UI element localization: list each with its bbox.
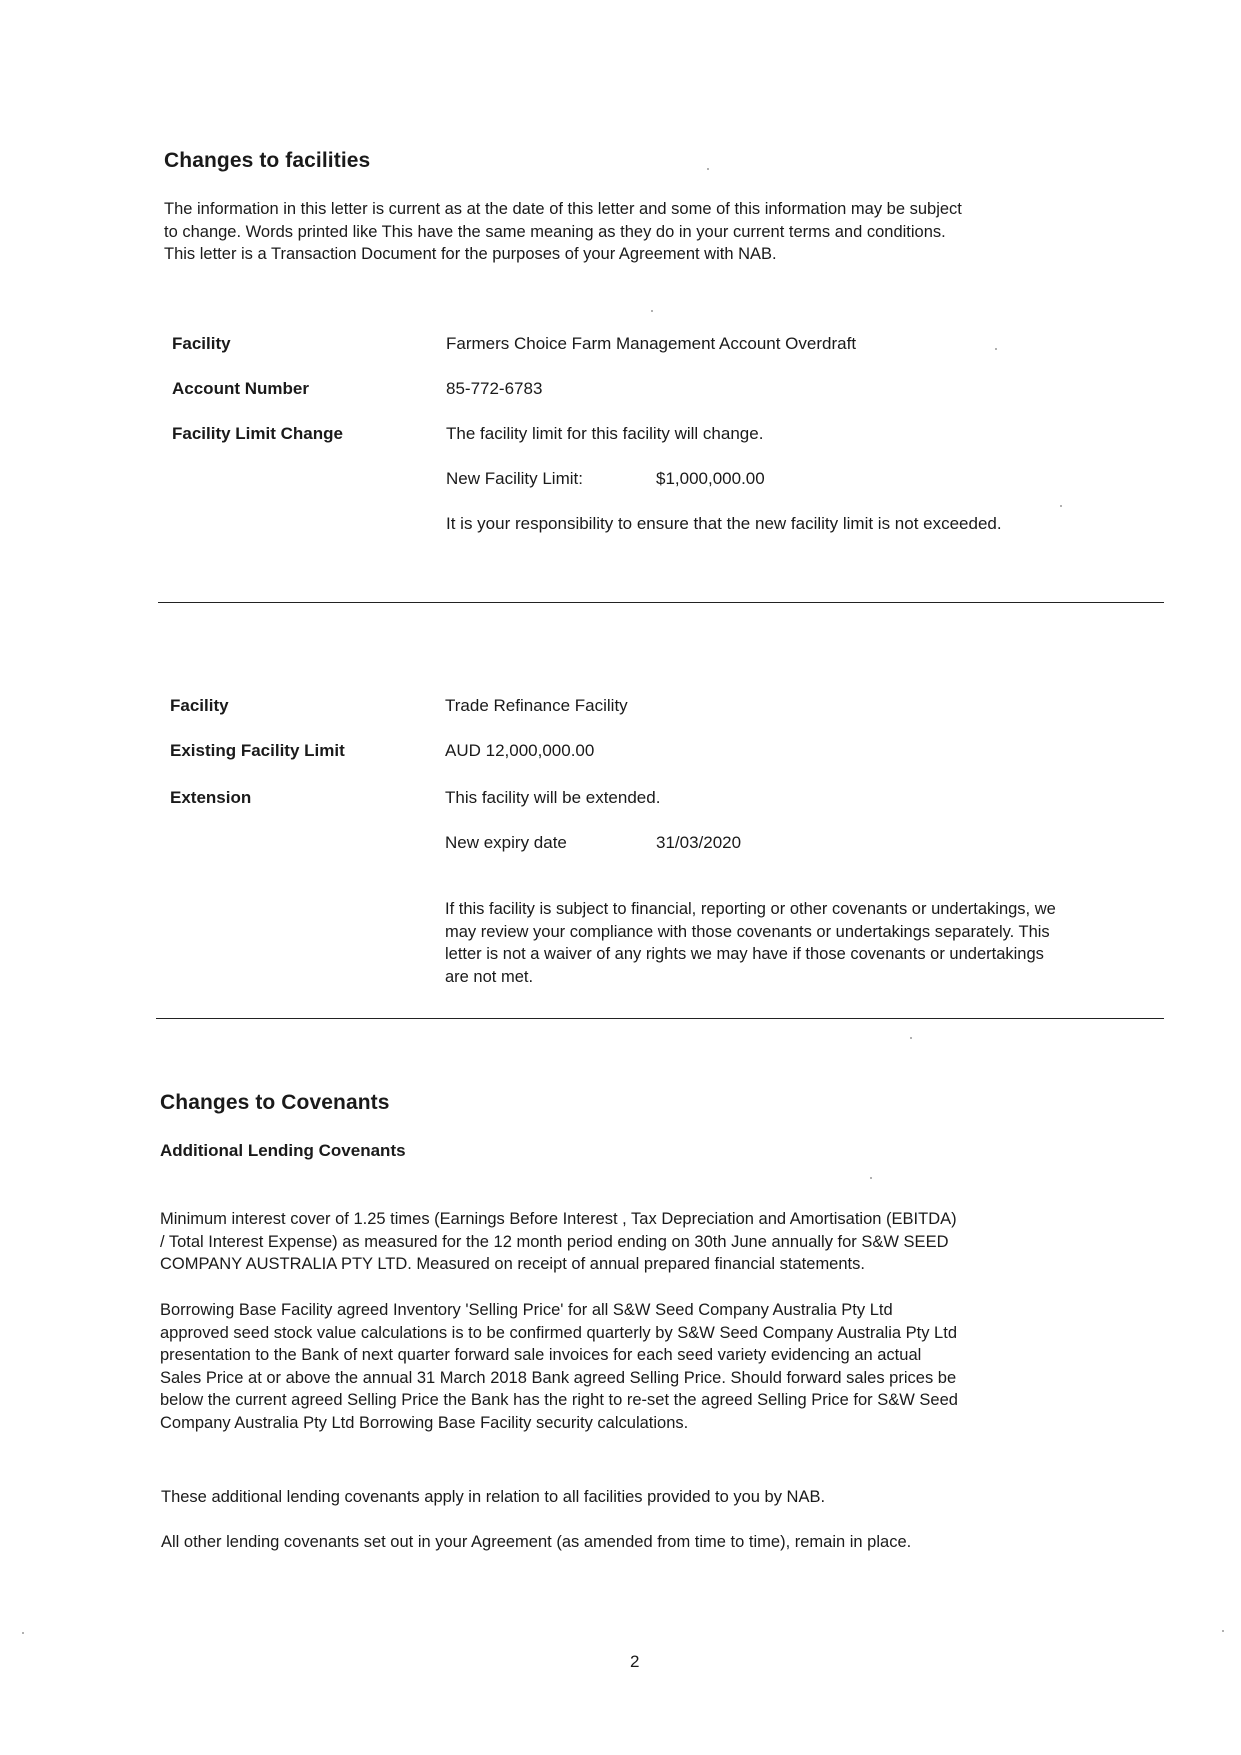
page-number: 2: [630, 1652, 639, 1672]
new-expiry-date-label: New expiry date: [445, 833, 567, 853]
paragraph-line: below the current agreed Selling Price t…: [160, 1389, 1160, 1412]
scan-speck: [651, 310, 653, 312]
extension-value: This facility will be extended.: [445, 788, 660, 808]
covenant-paragraph-scope: These additional lending covenants apply…: [161, 1486, 1161, 1509]
section-heading-facilities: Changes to facilities: [164, 149, 370, 173]
facility-limit-change-value: The facility limit for this facility wil…: [446, 424, 763, 444]
paragraph-line: Sales Price at or above the annual 31 Ma…: [160, 1367, 1160, 1390]
scan-speck: [1222, 1630, 1224, 1632]
intro-line: This letter is a Transaction Document fo…: [164, 243, 1124, 266]
facility-value: Trade Refinance Facility: [445, 696, 628, 716]
note-line: letter is not a waiver of any rights we …: [445, 943, 1185, 966]
paragraph-line: / Total Interest Expense) as measured fo…: [160, 1231, 1160, 1254]
responsibility-note: It is your responsibility to ensure that…: [446, 514, 1002, 534]
scan-speck: [995, 348, 997, 350]
paragraph-line: Company Australia Pty Ltd Borrowing Base…: [160, 1412, 1160, 1435]
covenant-paragraph-other: All other lending covenants set out in y…: [161, 1531, 1161, 1554]
paragraph-line: COMPANY AUSTRALIA PTY LTD. Measured on r…: [160, 1253, 1160, 1276]
facility-limit-change-label: Facility Limit Change: [172, 424, 343, 444]
note-line: are not met.: [445, 966, 1185, 989]
note-line: If this facility is subject to financial…: [445, 898, 1185, 921]
covenant-review-note: If this facility is subject to financial…: [445, 898, 1185, 988]
subheading-additional-lending-covenants: Additional Lending Covenants: [160, 1141, 406, 1161]
account-number-value: 85-772-6783: [446, 379, 542, 399]
facility-value: Farmers Choice Farm Management Account O…: [446, 334, 856, 354]
scan-speck: [707, 168, 709, 170]
facility-label: Facility: [172, 334, 231, 354]
facility-label: Facility: [170, 696, 229, 716]
intro-line: to change. Words printed like This have …: [164, 221, 1124, 244]
paragraph-line: Minimum interest cover of 1.25 times (Ea…: [160, 1208, 1160, 1231]
intro-line: The information in this letter is curren…: [164, 198, 1124, 221]
paragraph-line: presentation to the Bank of next quarter…: [160, 1344, 1160, 1367]
paragraph-line: approved seed stock value calculations i…: [160, 1322, 1160, 1345]
note-line: may review your compliance with those co…: [445, 921, 1185, 944]
account-number-label: Account Number: [172, 379, 309, 399]
covenant-paragraph-borrowing-base: Borrowing Base Facility agreed Inventory…: [160, 1299, 1160, 1434]
section-heading-covenants: Changes to Covenants: [160, 1091, 390, 1115]
divider: [158, 602, 1164, 603]
divider: [156, 1018, 1164, 1019]
new-facility-limit-label: New Facility Limit:: [446, 469, 583, 489]
existing-facility-limit-label: Existing Facility Limit: [170, 741, 345, 761]
extension-label: Extension: [170, 788, 251, 808]
covenant-paragraph-interest-cover: Minimum interest cover of 1.25 times (Ea…: [160, 1208, 1160, 1276]
new-facility-limit-value: $1,000,000.00: [656, 469, 765, 489]
scan-speck: [870, 1177, 872, 1179]
intro-paragraph: The information in this letter is curren…: [164, 198, 1124, 266]
scan-speck: [1060, 505, 1062, 507]
scan-speck: [22, 1632, 24, 1634]
new-expiry-date-value: 31/03/2020: [656, 833, 741, 853]
existing-facility-limit-value: AUD 12,000,000.00: [445, 741, 594, 761]
paragraph-line: Borrowing Base Facility agreed Inventory…: [160, 1299, 1160, 1322]
scan-speck: [910, 1037, 912, 1039]
